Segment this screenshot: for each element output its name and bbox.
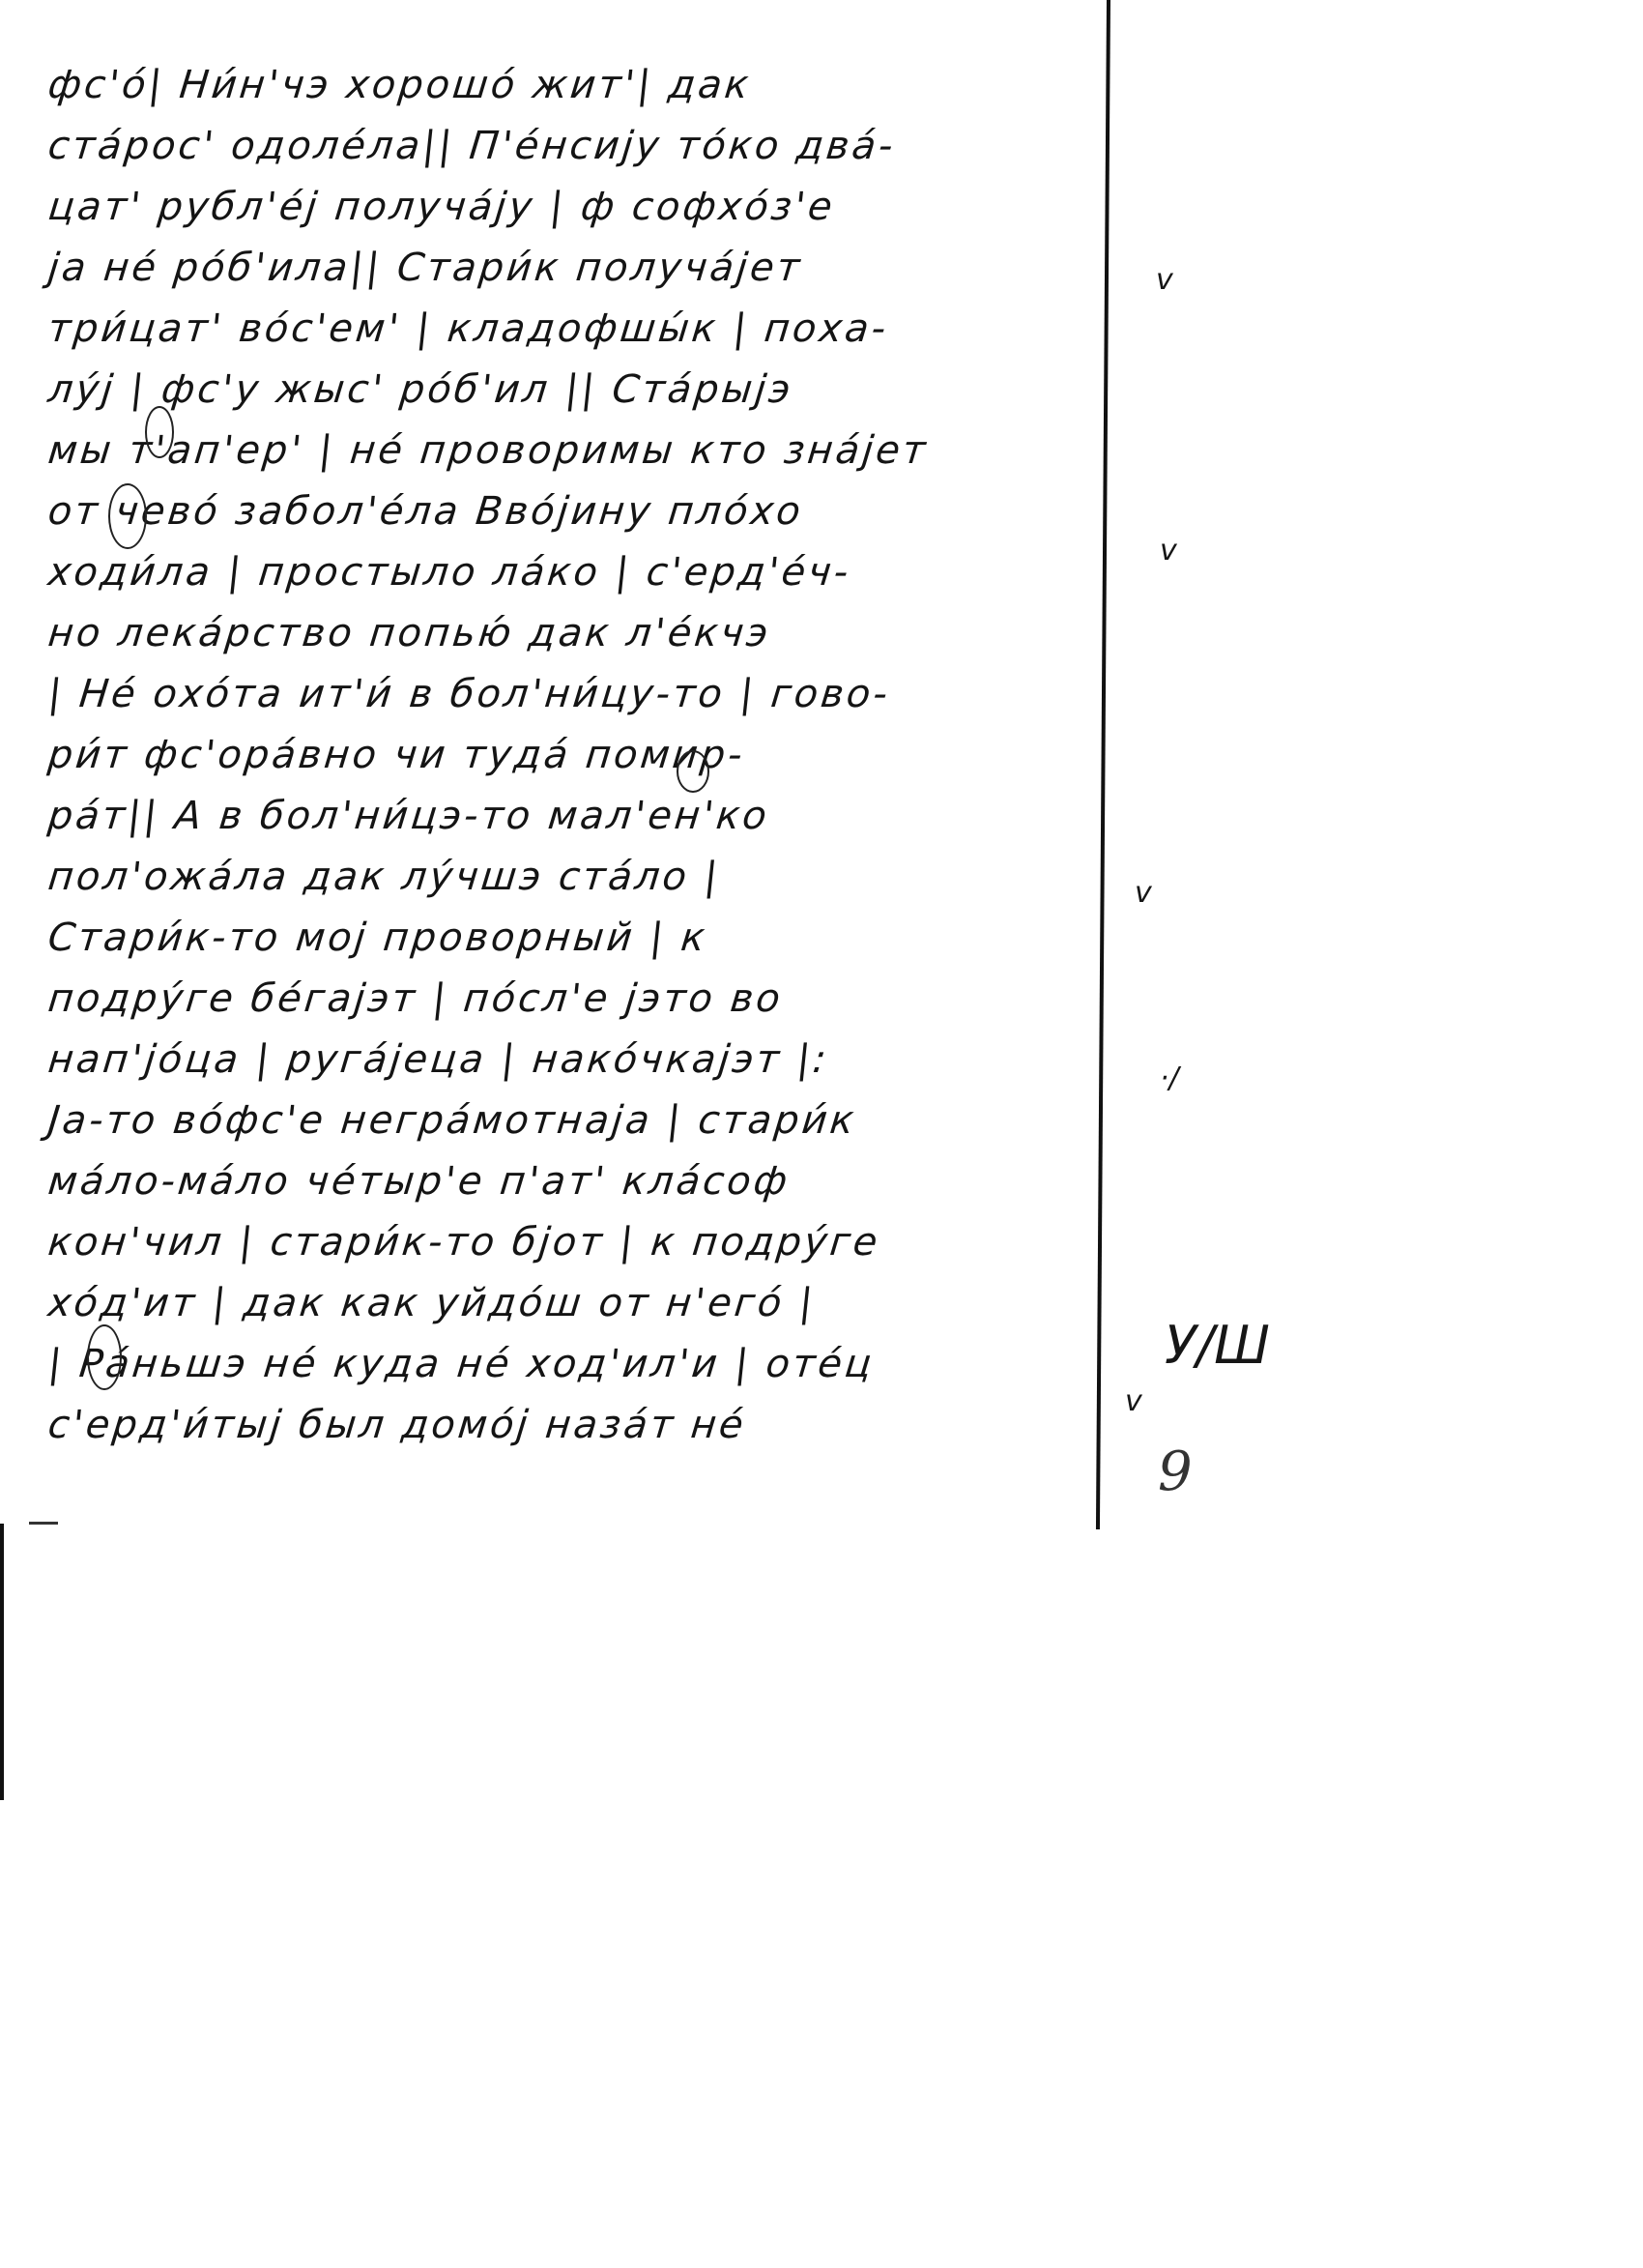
text-line-10: но лека́рство попью́ дак л'е́кчэ [45, 604, 774, 662]
text-line-20: кон'чил | стари́к-то бјот | к подру́ге [45, 1213, 883, 1271]
scan-artifact-dash [29, 1522, 58, 1525]
correction-circle [145, 406, 174, 458]
text-line-23: с'ерд'и́тыј был домо́ј наза́т нé [45, 1396, 749, 1454]
text-line-5: три́цат' во́с'ем' | кладофшы́к | поха- [45, 300, 892, 358]
text-line-8: от чево́ забол'éла Вво́јину пло́хо [45, 482, 806, 540]
text-line-21: хо́д'ит | дак как уйдо́ш от н'его́ | [45, 1274, 819, 1332]
text-line-16: подру́ге бе́гајэт | по́сл'е јэто во [45, 970, 786, 1028]
text-line-3: цат' рубл'éј получа́ју | ф софхо́з'е [45, 178, 838, 236]
tick-mark-icon: ·/ [1160, 1061, 1179, 1095]
check-mark-icon: v [1125, 1384, 1142, 1418]
check-mark-icon: v [1135, 876, 1152, 910]
text-line-7: мы т'ап'ер' | нé проворимы кто зна́јет [45, 422, 932, 480]
correction-circle [87, 1324, 122, 1390]
text-line-22: | Ра́ньшэ нé куда нé ход'ил'и | оте́ц [45, 1335, 878, 1393]
text-line-9: ходи́ла | простыло ла́ко | с'ерд'е́ч- [45, 543, 854, 601]
text-line-1: фс'ó| Ни́н'чэ хорошо́ жит'| дак [45, 56, 754, 114]
text-line-14: пол'ожа́ла дак лу́чшэ ста́ло | [45, 848, 724, 906]
text-line-11: | Нé охо́та ит'и́ в бол'ни́цу-то | гово- [45, 665, 893, 723]
text-line-12: ри́т фс'ора́вно чи туда́ помир- [45, 726, 748, 784]
text-line-17: нап'јо́ца | руга́јеца | нако́чкајэт |: [45, 1031, 832, 1089]
text-line-13: ра́т|| А в бол'ни́цэ-то мал'ен'ко [45, 787, 772, 845]
text-line-18: Ја-то во́фс'е негра́мотнаја | стари́к [45, 1091, 859, 1149]
margin-rule-line [1096, 0, 1110, 1529]
margin-note: У/Ш [1165, 1315, 1270, 1376]
text-line-4: ја нé ро́б'ила|| Стари́к получа́јет [45, 239, 805, 297]
check-mark-icon: v [1160, 534, 1177, 567]
text-line-19: ма́ло-ма́ло чéтыр'е п'ат' кла́соф [45, 1152, 793, 1210]
scanned-page: фс'ó| Ни́н'чэ хорошо́ жит'| дак ста́рос'… [0, 0, 1643, 2268]
text-line-15: Стари́к-то мој проворный | к [45, 909, 710, 967]
correction-circle [677, 750, 709, 793]
page-number: 9 [1158, 1440, 1193, 1503]
correction-circle [108, 483, 147, 549]
check-mark-icon: v [1156, 263, 1173, 297]
text-line-2: ста́рос' одолéла|| П'éнсију то́ко два́- [45, 117, 899, 175]
scan-edge-line [0, 1524, 4, 1800]
